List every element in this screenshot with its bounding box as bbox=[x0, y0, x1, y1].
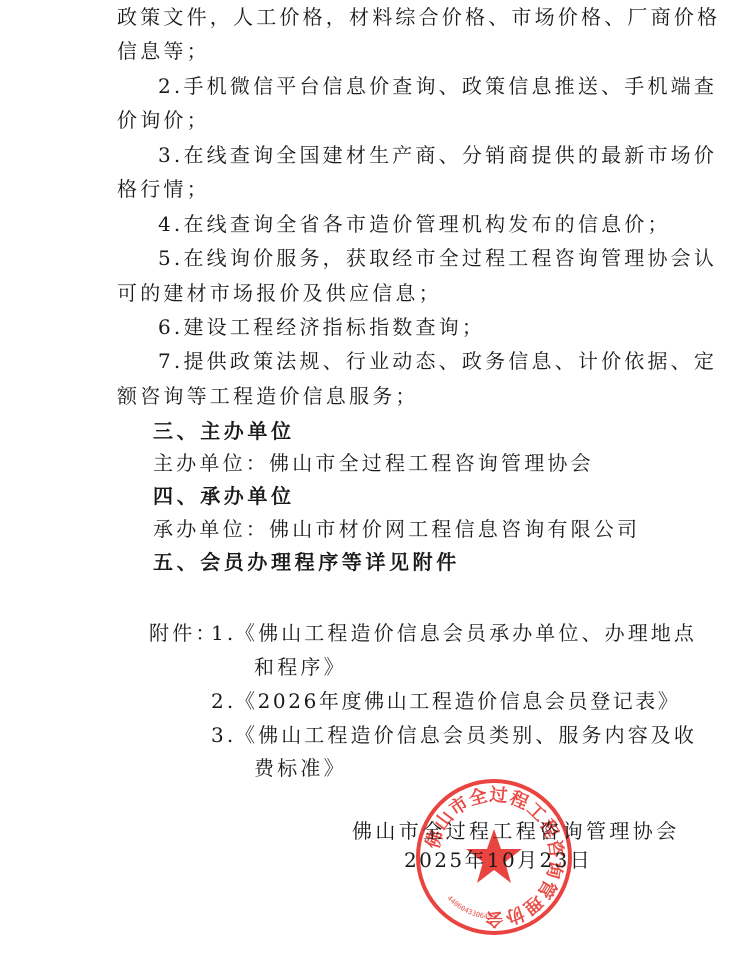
attachment-number-1: 1. bbox=[211, 621, 236, 645]
signature-organization: 佛山市全过程工程咨询管理协会 bbox=[352, 819, 680, 843]
paragraph-line: 信息等； bbox=[117, 39, 210, 63]
signature-date: 2025年10月23日 bbox=[404, 848, 592, 872]
service-item-4: 4.在线查询全省各市造价管理机构发布的信息价； bbox=[158, 212, 671, 236]
section-heading-organizer: 四、承办单位 bbox=[153, 484, 295, 508]
service-item-3: 3.在线查询全国建材生产商、分销商提供的最新市场价 bbox=[158, 143, 717, 167]
attachment-number-3: 3. bbox=[211, 723, 236, 747]
attachment-number-2: 2. bbox=[211, 689, 236, 713]
document-page: 政策文件，人工价格，材料综合价格、市场价格、厂商价格 信息等； 2.手机微信平台… bbox=[0, 0, 750, 957]
paragraph-line: 政策文件，人工价格，材料综合价格、市场价格、厂商价格 bbox=[117, 5, 720, 29]
attachment-title-2: 《2026年度佛山工程造价信息会员登记表》 bbox=[235, 689, 681, 713]
paragraph-line: 额咨询等工程造价信息服务； bbox=[117, 384, 419, 408]
service-item-2: 2.手机微信平台信息价查询、政策信息推送、手机端查 bbox=[158, 74, 717, 98]
service-item-6: 6.建设工程经济指标指数查询； bbox=[158, 315, 485, 339]
section-heading-procedure: 五、会员办理程序等详见附件 bbox=[153, 550, 460, 574]
paragraph-line: 可的建材市场报价及供应信息； bbox=[117, 281, 442, 305]
host-organization: 主办单位：佛山市全过程工程咨询管理协会 bbox=[153, 451, 594, 475]
paragraph-line: 格行情； bbox=[117, 177, 210, 201]
paragraph-line: 价询价； bbox=[117, 108, 210, 132]
organizer-company: 承办单位：佛山市材价网工程信息咨询有限公司 bbox=[153, 517, 640, 541]
attachment-title-1: 《佛山工程造价信息会员承办单位、办理地点 bbox=[235, 621, 697, 645]
service-item-5: 5.在线询价服务，获取经市全过程工程咨询管理协会认 bbox=[158, 246, 717, 270]
svg-text:4406043306459: 4406043306459 bbox=[445, 894, 496, 921]
section-heading-host: 三、主办单位 bbox=[153, 419, 295, 443]
attachment-title-3: 《佛山工程造价信息会员类别、服务内容及收 bbox=[235, 723, 697, 747]
attachment-title-1-cont: 和程序》 bbox=[254, 655, 347, 679]
service-item-7: 7.提供政策法规、行业动态、政务信息、计价依据、定 bbox=[158, 349, 717, 373]
attachment-title-3-cont: 费标准》 bbox=[254, 756, 347, 780]
attachments-label: 附件： bbox=[149, 621, 219, 645]
